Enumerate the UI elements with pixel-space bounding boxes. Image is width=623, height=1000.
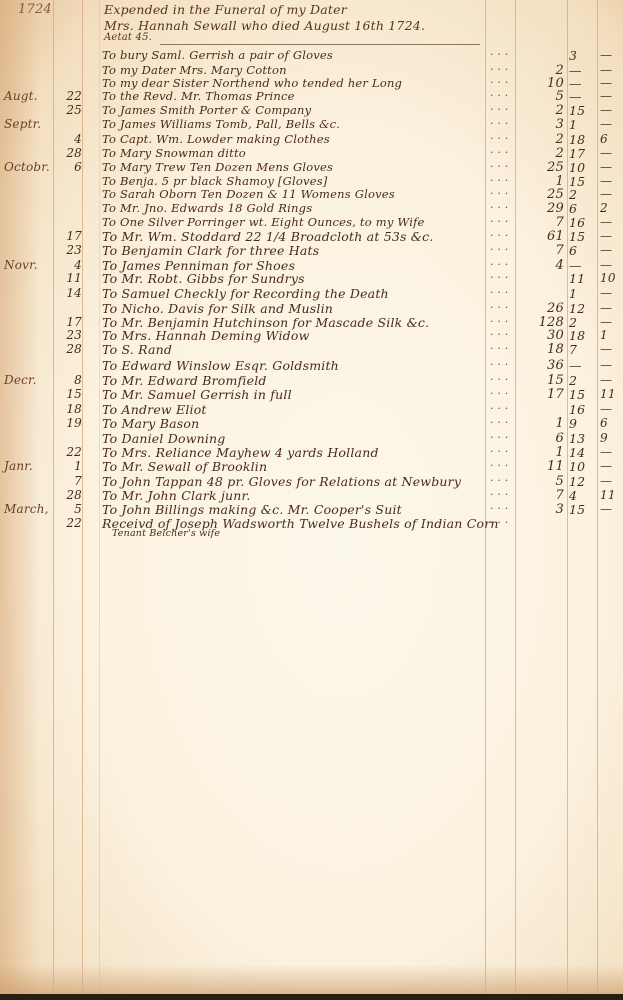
entry-leader-dots: · · ·: [490, 431, 508, 444]
entry-pence: —: [600, 342, 620, 356]
entry-shillings: 10: [569, 160, 595, 175]
entry-leader-dots: · · ·: [490, 271, 508, 284]
entry-shillings: 15: [569, 502, 595, 517]
entry-pounds: 5: [518, 474, 564, 489]
entry-leader-dots: · · ·: [490, 416, 508, 429]
entry-day: 23: [62, 243, 82, 257]
entry-month: Novr.: [4, 258, 38, 272]
entry-leader-dots: · · ·: [490, 117, 508, 130]
entry-shillings: 1: [569, 286, 595, 301]
entry-day: 8: [62, 373, 82, 387]
entry-description: To Mary Bason: [102, 416, 199, 431]
entry-day: 28: [62, 488, 82, 502]
entry-month: March,: [4, 502, 49, 516]
entry-pence: —: [600, 445, 620, 459]
entry-shillings: 18: [569, 132, 595, 147]
entry-day: 22: [62, 89, 82, 103]
entry-month: Augt.: [4, 89, 38, 103]
entry-shillings: —: [569, 358, 595, 373]
entry-description: To Nicho. Davis for Silk and Muslin: [102, 301, 333, 316]
entry-description: To John Billings making &c. Mr. Cooper's…: [102, 502, 402, 517]
entry-description: To bury Saml. Gerrish a pair of Gloves: [102, 48, 333, 62]
entry-leader-dots: · · ·: [490, 516, 508, 529]
entry-pounds: 7: [518, 243, 564, 258]
entry-shillings: 15: [569, 229, 595, 244]
entry-pence: —: [600, 160, 620, 174]
entry-leader-dots: · · ·: [490, 488, 508, 501]
entry-day: 17: [62, 229, 82, 243]
entry-description: To Edward Winslow Esqr. Goldsmith: [102, 358, 339, 373]
header-line-3: Aetat 45.: [104, 32, 152, 43]
entry-description: To Mr. Jno. Edwards 18 Gold Rings: [102, 201, 312, 215]
entry-pence: —: [600, 187, 620, 201]
entry-pence: —: [600, 286, 620, 300]
entry-pounds: 61: [518, 229, 564, 244]
entry-description: To Sarah Oborn Ten Dozen & 11 Womens Glo…: [102, 187, 395, 201]
entry-shillings: 2: [569, 187, 595, 202]
entry-shillings: 12: [569, 474, 595, 489]
entry-description: To James Smith Porter & Company: [102, 103, 311, 117]
entry-day: 22: [62, 516, 82, 530]
entry-description: To Benjamin Clark for three Hats: [102, 243, 319, 258]
entry-pounds: 2: [518, 103, 564, 118]
entry-pence: —: [600, 215, 620, 229]
entry-day: 15: [62, 387, 82, 401]
entry-pence: —: [600, 373, 620, 387]
entry-pence: —: [600, 103, 620, 117]
entry-leader-dots: · · ·: [490, 286, 508, 299]
ledger-row: 11To Mr. Robt. Gibbs for Sundrys· · ·111…: [0, 271, 623, 287]
entry-pounds: 36: [518, 358, 564, 373]
page-bottom-stain: [0, 964, 623, 994]
entry-subline: Tenant Belcher's wife: [112, 528, 220, 539]
entry-leader-dots: · · ·: [490, 215, 508, 228]
entry-shillings: 4: [569, 488, 595, 503]
entry-leader-dots: · · ·: [490, 146, 508, 159]
entry-leader-dots: · · ·: [490, 63, 508, 76]
entry-month: Decr.: [4, 373, 37, 387]
entry-pence: —: [600, 502, 620, 516]
entry-pence: —: [600, 258, 620, 272]
entry-pounds: 29: [518, 201, 564, 216]
entry-leader-dots: · · ·: [490, 387, 508, 400]
entry-pounds: 1: [518, 416, 564, 431]
entry-description: To Mary Trew Ten Dozen Mens Gloves: [102, 160, 333, 174]
entry-day: 5: [62, 502, 82, 516]
ledger-row: 28To S. Rand· · ·187—: [0, 342, 623, 358]
entry-pence: —: [600, 146, 620, 160]
entry-day: 14: [62, 286, 82, 300]
entry-pence: 6: [600, 416, 620, 430]
entry-description: To John Tappan 48 pr. Gloves for Relatio…: [102, 474, 461, 489]
entry-shillings: 16: [569, 402, 595, 417]
entry-shillings: 13: [569, 431, 595, 446]
entry-leader-dots: · · ·: [490, 402, 508, 415]
entry-pence: 2: [600, 201, 620, 215]
entry-description: To Mary Snowman ditto: [102, 146, 246, 160]
entry-pounds: 3: [518, 117, 564, 132]
entry-pence: 6: [600, 132, 620, 146]
entry-shillings: 1: [569, 117, 595, 132]
header-line-1: Expended in the Funeral of my Dater: [104, 2, 347, 17]
entry-leader-dots: · · ·: [490, 342, 508, 355]
ledger-row: 19To Mary Bason· · ·196: [0, 416, 623, 432]
entry-leader-dots: · · ·: [490, 48, 508, 61]
entry-day: 18: [62, 402, 82, 416]
entry-pounds: 7: [518, 488, 564, 503]
entry-pence: —: [600, 174, 620, 188]
entry-pence: —: [600, 301, 620, 315]
entry-pounds: 2: [518, 132, 564, 147]
entry-leader-dots: · · ·: [490, 258, 508, 271]
entry-shillings: 6: [569, 243, 595, 258]
entry-shillings: 17: [569, 146, 595, 161]
entry-leader-dots: · · ·: [490, 315, 508, 328]
entry-pounds: 11: [518, 459, 564, 474]
entry-day: 22: [62, 445, 82, 459]
entry-pence: —: [600, 76, 620, 90]
entry-leader-dots: · · ·: [490, 502, 508, 515]
entry-pounds: 17: [518, 387, 564, 402]
entry-description: To Mr. Sewall of Brooklin: [102, 459, 267, 474]
entry-shillings: 6: [569, 201, 595, 216]
entry-shillings: 14: [569, 445, 595, 460]
entry-description: To Mr. John Clark junr.: [102, 488, 251, 503]
entry-pence: —: [600, 243, 620, 257]
entry-shillings: 10: [569, 459, 595, 474]
entry-pence: —: [600, 474, 620, 488]
entry-pounds: 2: [518, 146, 564, 161]
entry-day: 17: [62, 315, 82, 329]
entry-description: To my Dater Mrs. Mary Cotton: [102, 63, 287, 77]
entry-leader-dots: · · ·: [490, 301, 508, 314]
entry-leader-dots: · · ·: [490, 373, 508, 386]
entry-pence: —: [600, 63, 620, 77]
entry-shillings: —: [569, 89, 595, 104]
entry-leader-dots: · · ·: [490, 187, 508, 200]
entry-leader-dots: · · ·: [490, 328, 508, 341]
entry-leader-dots: · · ·: [490, 174, 508, 187]
entry-pence: 1: [600, 328, 620, 342]
ledger-row: To bury Saml. Gerrish a pair of Gloves· …: [0, 48, 623, 64]
ledger-page: 1724 Expended in the Funeral of my Dater…: [0, 0, 623, 994]
entry-description: To Capt. Wm. Lowder making Clothes: [102, 132, 330, 146]
entry-pence: —: [600, 229, 620, 243]
entry-pounds: 5: [518, 89, 564, 104]
entry-pence: —: [600, 459, 620, 473]
entry-pence: —: [600, 315, 620, 329]
entry-pence: 9: [600, 431, 620, 445]
entry-day: 23: [62, 328, 82, 342]
entry-shillings: 3: [569, 48, 595, 63]
entry-description: To Mr. Robt. Gibbs for Sundrys: [102, 271, 305, 286]
entry-pounds: 25: [518, 187, 564, 202]
ledger-row: Septr.To James Williams Tomb, Pall, Bell…: [0, 117, 623, 133]
entry-pence: 11: [600, 488, 620, 502]
entry-description: To Mr. Edward Bromfield: [102, 373, 267, 388]
entry-pence: 11: [600, 387, 620, 401]
entry-pounds: 25: [518, 160, 564, 175]
ledger-row: To Edward Winslow Esqr. Goldsmith· · ·36…: [0, 358, 623, 374]
ledger-row: 23To Benjamin Clark for three Hats· · ·7…: [0, 243, 623, 259]
entry-day: 19: [62, 416, 82, 430]
entry-shillings: 11: [569, 271, 595, 286]
entry-description: To Andrew Eliot: [102, 402, 207, 417]
entry-leader-dots: · · ·: [490, 445, 508, 458]
entry-leader-dots: · · ·: [490, 243, 508, 256]
entry-description: To One Silver Porringer wt. Eight Ounces…: [102, 215, 425, 229]
entry-pounds: 7: [518, 215, 564, 230]
entry-day: 6: [62, 160, 82, 174]
entry-leader-dots: · · ·: [490, 76, 508, 89]
entry-leader-dots: · · ·: [490, 160, 508, 173]
entry-description: To James Williams Tomb, Pall, Bells &c.: [102, 117, 340, 131]
entry-pounds: 3: [518, 502, 564, 517]
entry-leader-dots: · · ·: [490, 358, 508, 371]
entry-day: 11: [62, 271, 82, 285]
entry-day: 1: [62, 459, 82, 473]
entry-month: Septr.: [4, 117, 41, 131]
entry-leader-dots: · · ·: [490, 201, 508, 214]
entry-pounds: 6: [518, 431, 564, 446]
entry-description: To Mr. Wm. Stoddard 22 1/4 Broadcloth at…: [102, 229, 434, 244]
entry-day: 28: [62, 146, 82, 160]
entry-leader-dots: · · ·: [490, 132, 508, 145]
entry-description: To Benja. 5 pr black Shamoy [Gloves]: [102, 174, 328, 188]
entry-leader-dots: · · ·: [490, 229, 508, 242]
entry-description: To Samuel Checkly for Recording the Deat…: [102, 286, 389, 301]
entry-day: 4: [62, 258, 82, 272]
entry-month: Octobr.: [4, 160, 50, 174]
entry-shillings: 18: [569, 328, 595, 343]
entry-description: To Mrs. Hannah Deming Widow: [102, 328, 309, 343]
entry-description: To Mrs. Reliance Mayhew 4 yards Holland: [102, 445, 379, 460]
ledger-row: Janr.1To Mr. Sewall of Brooklin· · ·1110…: [0, 459, 623, 475]
entry-shillings: 15: [569, 387, 595, 402]
entry-leader-dots: · · ·: [490, 474, 508, 487]
entry-description: To Mr. Samuel Gerrish in full: [102, 387, 292, 402]
entry-description: To S. Rand: [102, 342, 172, 357]
entry-pence: —: [600, 358, 620, 372]
entry-pence: 10: [600, 271, 620, 285]
header-underline: [160, 44, 480, 45]
entry-shillings: 15: [569, 103, 595, 118]
entry-shillings: 2: [569, 373, 595, 388]
entry-pounds: 26: [518, 301, 564, 316]
entry-day: 28: [62, 342, 82, 356]
entry-pounds: 30: [518, 328, 564, 343]
entry-description: To Daniel Downing: [102, 431, 226, 446]
entry-leader-dots: · · ·: [490, 459, 508, 472]
entry-pounds: 15: [518, 373, 564, 388]
entry-pence: —: [600, 48, 620, 62]
ledger-row: 22Receivd of Joseph Wadsworth Twelve Bus…: [0, 516, 623, 532]
entry-leader-dots: · · ·: [490, 103, 508, 116]
entry-day: 4: [62, 132, 82, 146]
entry-pence: —: [600, 89, 620, 103]
ledger-year: 1724: [18, 2, 52, 17]
entry-shillings: 16: [569, 215, 595, 230]
header-line-2: Mrs. Hannah Sewall who died August 16th …: [104, 18, 425, 33]
entry-month: Janr.: [4, 459, 33, 473]
entry-pence: —: [600, 117, 620, 131]
entry-pounds: 1: [518, 445, 564, 460]
ledger-row: 14To Samuel Checkly for Recording the De…: [0, 286, 623, 302]
entry-description: To my dear Sister Northend who tended he…: [102, 76, 402, 90]
entry-day: 7: [62, 474, 82, 488]
ledger-row: 15To Mr. Samuel Gerrish in full· · ·1715…: [0, 387, 623, 403]
entry-pence: —: [600, 402, 620, 416]
entry-description: To the Revd. Mr. Thomas Prince: [102, 89, 295, 103]
entry-shillings: 7: [569, 342, 595, 357]
entry-shillings: 12: [569, 301, 595, 316]
entry-day: 25: [62, 103, 82, 117]
entry-shillings: 9: [569, 416, 595, 431]
entry-pounds: 18: [518, 342, 564, 357]
entry-leader-dots: · · ·: [490, 89, 508, 102]
